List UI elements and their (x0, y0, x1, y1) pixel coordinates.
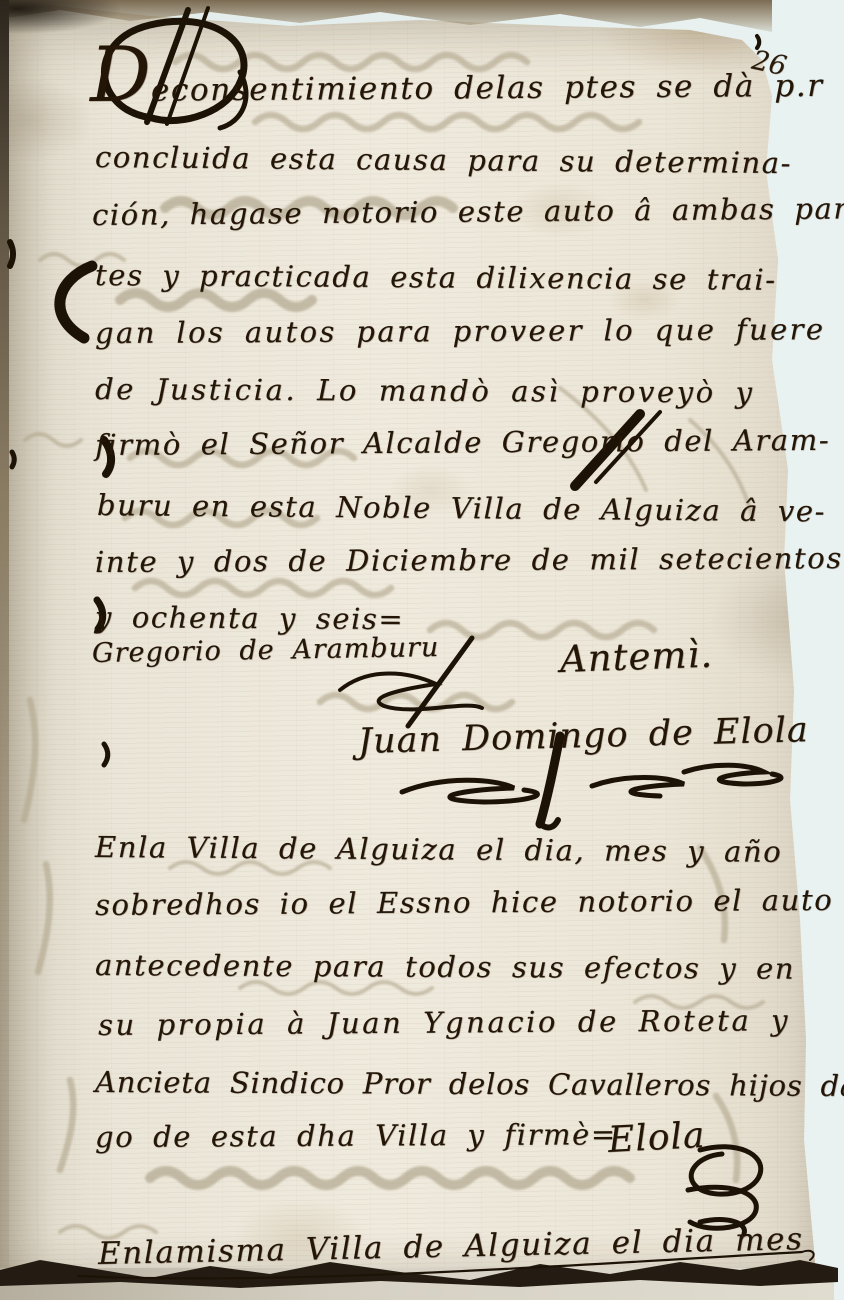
manuscript-line-diligencia-1: Enla Villa de Alguiza el dia, mes y año (95, 830, 783, 869)
signature-gregorio-de-aramburu: Gregorio de Aramburu (92, 632, 440, 669)
manuscript-line-auto-8: buru en esta Noble Villa de Alguiza â ve… (97, 488, 826, 528)
manuscript-line-auto-4: tes y practicada esta dilixencia se trai… (95, 258, 777, 297)
manuscript-line-auto-7: firmò el Señor Alcalde Gregorio del Aram… (95, 423, 830, 462)
manuscript-line-auto-3: ción, hagase notorio este auto â ambas p… (92, 191, 844, 232)
manuscript-line-diligencia-5: Ancieta Sindico Pror delos Cavalleros hi… (95, 1065, 844, 1103)
manuscript-line-diligencia-6: go de esta dha Villa y firmè= (95, 1117, 617, 1154)
scanned-manuscript: 26 Deconsentimiento delas ptes se dà p.r… (0, 0, 844, 1300)
manuscript-line-diligencia-3: antecedente para todos sus efectos y en (95, 948, 795, 986)
manuscript-line-auto-1: Deconsentimiento delas ptes se dà p.r (90, 55, 824, 109)
manuscript-line-auto-10: y ochenta y seis= (95, 600, 405, 636)
manuscript-line-diligencia-2: sobredhos io el Essno hice notorio el au… (95, 883, 833, 922)
ante-mi-label: Antemì. (559, 633, 713, 681)
manuscript-line-auto-5: gan los autos para proveer lo que fuere (95, 312, 826, 350)
manuscript-line-auto-6: de Justicia. Lo mandò asì proveyò y (95, 372, 755, 409)
manuscript-line-auto-2: concluida esta causa para su determina- (95, 140, 792, 180)
elola-end-knot (688, 1147, 761, 1234)
manuscript-line-auto-9: inte y dos de Diciembre de mil setecient… (95, 541, 843, 579)
manuscript-line-diligencia-4: su propia à Juan Ygnacio de Roteta y (98, 1003, 790, 1042)
signature-elola: Elola (607, 1115, 706, 1161)
